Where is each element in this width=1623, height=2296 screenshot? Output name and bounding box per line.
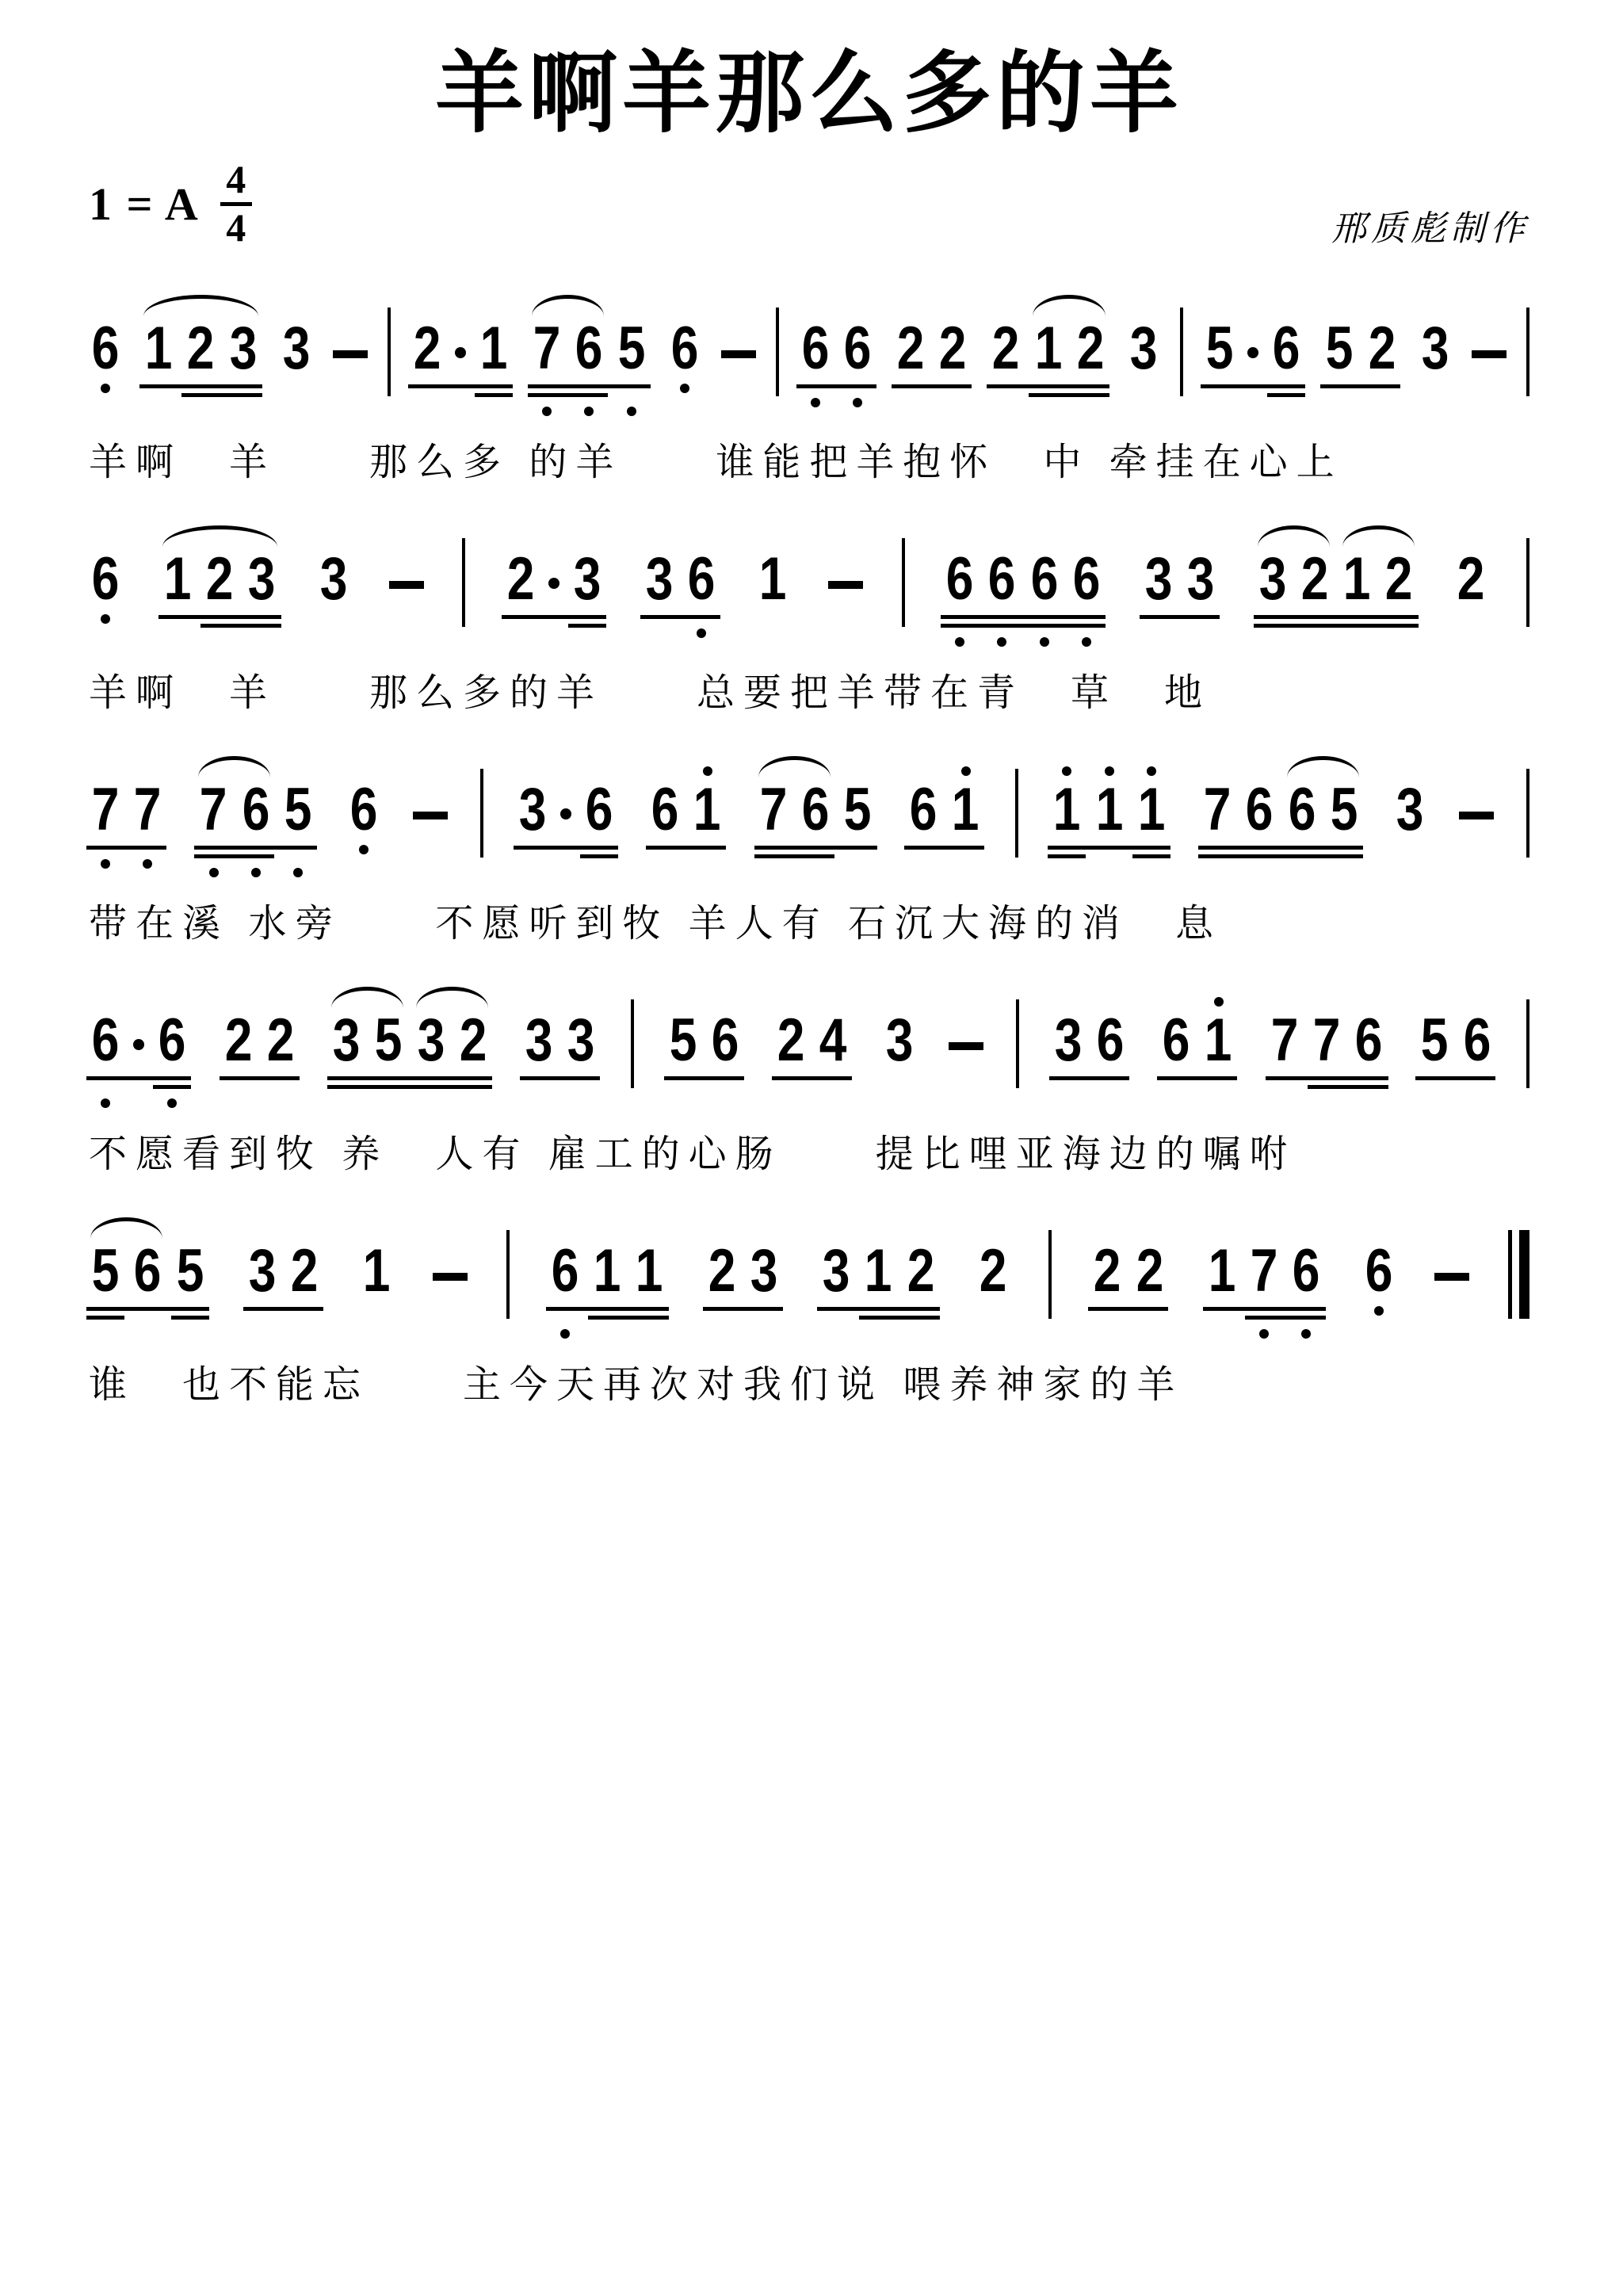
beam-line [1157, 1076, 1237, 1080]
note: 1 [1032, 319, 1065, 379]
beam-line [703, 1307, 783, 1311]
note: 6 [155, 1010, 189, 1071]
note-group: 52 [1323, 319, 1399, 379]
octave-dot-low [560, 1329, 570, 1339]
note-group: 123 [142, 319, 260, 379]
note-digit: 6 [575, 319, 603, 379]
note-digit: 7 [1204, 780, 1232, 840]
note: 2 [203, 549, 236, 609]
note-digit: 2 [187, 319, 215, 379]
note-digit: 1 [1138, 780, 1166, 840]
note-group: 33 [522, 1010, 598, 1071]
beam-line [158, 615, 281, 619]
octave-dot-low [1301, 1329, 1311, 1339]
beam-line [153, 1085, 191, 1089]
note: 1 [1340, 549, 1373, 609]
note: 1 [1050, 780, 1083, 840]
note: 5 [841, 780, 874, 840]
note: 1 [1135, 780, 1168, 840]
note-group: 111 [1050, 780, 1168, 840]
barline [506, 1230, 510, 1319]
note-digit: 7 [533, 319, 561, 379]
note: 1 [142, 319, 175, 379]
beam-line [408, 384, 513, 388]
note-group: 66 [89, 1010, 189, 1071]
key-label: 1 = A [89, 178, 200, 231]
half-note-dash [949, 1010, 983, 1071]
note-group: 22 [1090, 1241, 1167, 1301]
note-digit: 2 [1136, 1241, 1163, 1301]
note: 3 [317, 549, 350, 609]
augmentation-dot [455, 347, 466, 358]
note-digit: 5 [844, 780, 872, 840]
beam-line [546, 1307, 669, 1311]
beam-line [1308, 1085, 1388, 1089]
note: 5 [281, 780, 315, 840]
barline [1526, 538, 1529, 627]
notation-row: 565321611233122221766 [89, 1219, 1529, 1301]
beam-line [1415, 1076, 1495, 1080]
note-digit: 6 [1365, 1241, 1392, 1301]
note-digit: 6 [651, 780, 679, 840]
beam-line [1254, 615, 1419, 619]
beam-line [200, 624, 281, 628]
note-digit: 2 [413, 319, 441, 379]
note: 3 [643, 549, 676, 609]
note: 6 [1461, 1010, 1494, 1071]
note-digit: 6 [1097, 1010, 1125, 1071]
note: 6 [685, 549, 718, 609]
note: 7 [530, 319, 563, 379]
note: 6 [572, 319, 605, 379]
note: 3 [522, 1010, 556, 1071]
octave-dot-low [101, 384, 110, 393]
note: 5 [615, 319, 648, 379]
note-digit: 2 [1457, 549, 1485, 609]
note: 1 [1201, 1010, 1235, 1071]
note-digit: 1 [952, 780, 980, 840]
beam-line [528, 384, 651, 388]
note-digit: 3 [1130, 319, 1158, 379]
note-group: 776 [1268, 1010, 1386, 1071]
note: 5 [372, 1010, 405, 1071]
beam-line [194, 846, 317, 850]
octave-dot-low [997, 637, 1006, 647]
slur-arc [532, 295, 604, 316]
note-digit: 6 [551, 1241, 579, 1301]
note: 6 [799, 780, 832, 840]
note-digit: 2 [206, 549, 234, 609]
half-note-dash [433, 1241, 468, 1301]
note: 6 [89, 549, 122, 609]
note-digit: 5 [1326, 319, 1354, 379]
beam-line [1048, 846, 1170, 850]
note-digit: 6 [1273, 319, 1300, 379]
note: 1 [756, 549, 789, 609]
note: 1 [632, 1241, 666, 1301]
augmentation-dot [1247, 347, 1258, 358]
note-digit: 5 [669, 1010, 697, 1071]
note-digit: 3 [885, 1010, 913, 1071]
note-digit: 1 [1343, 549, 1371, 609]
barline [388, 308, 391, 396]
note-digit: 1 [636, 1241, 663, 1301]
note-digit: 6 [586, 780, 613, 840]
octave-dot-low [1374, 1306, 1384, 1316]
note-digit: 1 [480, 319, 508, 379]
note: 3 [1184, 549, 1217, 609]
beam-line [664, 1076, 744, 1080]
note: 5 [1323, 319, 1356, 379]
note-digit: 2 [939, 319, 967, 379]
dash-line [1434, 1273, 1469, 1281]
note-digit: 6 [1246, 780, 1274, 840]
note: 2 [1298, 549, 1331, 609]
note: 6 [582, 780, 616, 840]
note-group: 24 [774, 1010, 850, 1071]
note-digit: 7 [92, 780, 120, 840]
slur-arc [1287, 756, 1359, 777]
note-digit: 6 [844, 319, 872, 379]
lyrics-line: 带在溪 水旁 不愿听到牧 羊人有 石沉大海的消 息 [89, 892, 1529, 947]
note: 6 [943, 549, 976, 609]
note-group: 23 [705, 1241, 781, 1301]
octave-dot-low [143, 859, 152, 869]
final-barline-thick [1519, 1230, 1529, 1319]
note: 1 [590, 1241, 624, 1301]
note-digit: 3 [750, 1241, 778, 1301]
dash-line [389, 581, 424, 589]
note-digit: 4 [819, 1010, 847, 1071]
beam-line [754, 846, 877, 850]
note-digit: 6 [92, 1010, 120, 1071]
note-digit: 1 [865, 1241, 892, 1301]
final-barline-thin [1508, 1230, 1512, 1319]
note-digit: 7 [1251, 1241, 1278, 1301]
beam-line [772, 1076, 852, 1080]
music-systems-container: 612332176566622212356523羊啊 羊 那么多 的羊 谁能把羊… [89, 296, 1529, 1408]
note: 3 [571, 549, 604, 609]
note-digit: 2 [1301, 549, 1329, 609]
note: 7 [131, 780, 164, 840]
note-digit: 3 [248, 549, 276, 609]
barline [480, 769, 483, 858]
note: 3 [883, 1010, 916, 1071]
beam-line [243, 1307, 323, 1311]
note-group: 176 [1205, 1241, 1323, 1301]
song-title: 羊啊羊那么多的羊 [89, 41, 1529, 147]
note-digit: 6 [910, 780, 938, 840]
octave-dot-high [1214, 997, 1224, 1007]
note-digit: 1 [1095, 780, 1123, 840]
note: 1 [161, 549, 194, 609]
note-digit: 2 [708, 1241, 735, 1301]
beam-line [194, 854, 274, 858]
augmentation-dot [133, 1039, 144, 1050]
note-digit: 6 [134, 1241, 162, 1301]
octave-dot-low [209, 868, 219, 877]
beam-line [1203, 1307, 1326, 1311]
note-digit: 6 [92, 319, 120, 379]
dash-line [413, 812, 448, 819]
note-group: 565 [89, 1241, 207, 1301]
barline [1526, 308, 1529, 396]
music-system: 662235323356243366177656不愿看到牧 养 人有 雇工的心肠… [89, 988, 1529, 1178]
note: 6 [1285, 780, 1319, 840]
beam-line [86, 1316, 124, 1320]
half-note-dash [1472, 319, 1507, 379]
note: 1 [1205, 1241, 1239, 1301]
augmentation-dot [548, 578, 559, 589]
note: 3 [245, 549, 278, 609]
note-digit: 3 [1187, 549, 1215, 609]
note: 3 [227, 319, 260, 379]
note: 7 [1201, 780, 1234, 840]
octave-dot-low [853, 398, 862, 407]
sheet-music-page: 羊啊羊那么多的羊 1 = A 4 4 邢质彪制作 612332176566622… [0, 0, 1623, 2296]
beam-line [892, 384, 972, 388]
half-note-dash [721, 319, 756, 379]
author-credit: 邢质彪制作 [1331, 200, 1529, 250]
slur-arc [1033, 295, 1106, 316]
note: 1 [477, 319, 510, 379]
note-group: 23 [504, 549, 605, 609]
note-digit: 3 [417, 1010, 445, 1071]
octave-dot-low [101, 859, 110, 869]
note: 6 [89, 1010, 122, 1071]
barline [1016, 999, 1019, 1088]
note: 2 [989, 319, 1022, 379]
barline [902, 538, 905, 627]
note: 3 [819, 1241, 853, 1301]
note: 6 [668, 319, 701, 379]
octave-dot-low [627, 407, 636, 416]
note-digit: 3 [519, 780, 547, 840]
slur-arc [416, 987, 488, 1008]
dotted-note-dot [453, 319, 468, 379]
note-digit: 2 [267, 1010, 295, 1071]
note-digit: 2 [777, 1010, 805, 1071]
note: 2 [1365, 319, 1399, 379]
beam-line [528, 393, 608, 397]
note-digit: 2 [291, 1241, 319, 1301]
note-digit: 5 [1331, 780, 1358, 840]
barline [462, 538, 465, 627]
octave-dot-high [1147, 766, 1156, 776]
note-digit: 6 [802, 780, 830, 840]
beam-line [1132, 854, 1170, 858]
beam-line [1088, 1307, 1168, 1311]
music-system: 612332176566622212356523羊啊 羊 那么多 的羊 谁能把羊… [89, 296, 1529, 486]
note-group: 3532 [330, 1010, 490, 1071]
note: 3 [246, 1241, 279, 1301]
octave-dot-low [697, 628, 706, 638]
note-digit: 6 [1073, 549, 1101, 609]
header-meta-row: 1 = A 4 4 邢质彪制作 [89, 152, 1529, 255]
slur-arc [143, 295, 258, 316]
note-digit: 3 [525, 1010, 553, 1071]
note-digit: 1 [594, 1241, 621, 1301]
beam-line [181, 393, 262, 397]
lyrics-line: 不愿看到牧 养 人有 雇工的心肠 提比哩亚海边的嘱咐 [89, 1123, 1529, 1178]
note-digit: 6 [92, 549, 120, 609]
note: 7 [1247, 1241, 1281, 1301]
note: 2 [1133, 1241, 1167, 1301]
dash-line [828, 581, 863, 589]
beam-line [754, 854, 834, 858]
note-digit: 5 [1206, 319, 1234, 379]
notation-row: 612332176566622212356523 [89, 296, 1529, 379]
slur-arc [162, 525, 277, 547]
beam-line [502, 615, 606, 619]
note-digit: 6 [688, 549, 716, 609]
note-digit: 3 [1258, 549, 1286, 609]
note: 6 [648, 780, 682, 840]
beam-line [646, 846, 726, 850]
notation-row: 612332336166663332122 [89, 527, 1529, 609]
beam-line [1201, 384, 1305, 388]
note: 3 [1419, 319, 1452, 379]
note: 1 [861, 1241, 895, 1301]
note-digit: 1 [1209, 1241, 1236, 1301]
note: 3 [516, 780, 549, 840]
beam-line [1140, 615, 1220, 619]
note-digit: 3 [574, 549, 601, 609]
note: 6 [347, 780, 380, 840]
note: 6 [985, 549, 1018, 609]
note: 6 [1243, 780, 1276, 840]
dash-line [949, 1042, 983, 1050]
note-digit: 6 [1030, 549, 1058, 609]
note-group: 77 [89, 780, 165, 840]
beam-line [941, 624, 1106, 628]
lyrics-line: 谁 也不能忘 主今天再次对我们说 喂养神家的羊 [89, 1354, 1529, 1408]
note-group: 312 [819, 1241, 938, 1301]
octave-dot-low [359, 845, 369, 854]
note: 6 [1028, 549, 1061, 609]
beam-line [568, 624, 606, 628]
note-digit: 7 [1270, 1010, 1298, 1071]
note-group: 36 [1052, 1010, 1128, 1071]
dotted-note-dot [131, 1010, 147, 1071]
note-digit: 6 [350, 780, 378, 840]
note: 6 [907, 780, 940, 840]
octave-dot-low [811, 398, 820, 407]
note-group: 765 [530, 319, 648, 379]
note: 2 [411, 319, 444, 379]
beam-line [1029, 393, 1109, 397]
beam-line [1267, 393, 1305, 397]
note-digit: 6 [158, 1010, 186, 1071]
note-digit: 7 [759, 780, 787, 840]
note: 5 [1418, 1010, 1451, 1071]
note-digit: 3 [567, 1010, 595, 1071]
note-group: 36 [643, 549, 719, 609]
dotted-note-dot [558, 780, 574, 840]
note-digit: 2 [897, 319, 925, 379]
note-digit: 5 [1421, 1010, 1449, 1071]
barline [1526, 999, 1529, 1088]
barline [776, 308, 779, 396]
octave-dot-low [584, 407, 594, 416]
note-group: 765 [757, 780, 875, 840]
notation-row: 77765636617656111176653 [89, 758, 1529, 840]
beam-line [327, 1076, 492, 1080]
slur-arc [331, 987, 403, 1008]
note-digit: 6 [988, 549, 1016, 609]
note-group: 7665 [1201, 780, 1361, 840]
beam-line [1048, 854, 1086, 858]
half-note-dash [828, 549, 863, 609]
note-group: 66 [799, 319, 875, 379]
octave-dot-high [1062, 766, 1071, 776]
note-digit: 3 [1422, 319, 1449, 379]
key-signature: 1 = A 4 4 [89, 161, 252, 246]
note: 3 [747, 1241, 781, 1301]
note: 6 [1094, 1010, 1127, 1071]
note: 5 [1327, 780, 1361, 840]
octave-dot-low [1040, 637, 1049, 647]
note: 5 [89, 1241, 122, 1301]
note: 3 [330, 1010, 363, 1071]
note: 6 [708, 1010, 742, 1071]
note: 3 [1052, 1010, 1085, 1071]
note-digit: 7 [200, 780, 227, 840]
beam-line [1198, 846, 1363, 850]
note: 6 [799, 319, 832, 379]
note-digit: 3 [320, 549, 348, 609]
note: 2 [222, 1010, 255, 1071]
note-digit: 5 [617, 319, 645, 379]
music-system: 612332336166663332122羊啊 羊 那么多的羊 总要把羊带在青 … [89, 527, 1529, 716]
note-digit: 1 [164, 549, 192, 609]
dash-line [1472, 350, 1507, 358]
note-digit: 1 [145, 319, 173, 379]
note-digit: 2 [506, 549, 534, 609]
note-digit: 2 [907, 1241, 934, 1301]
beam-line [514, 846, 618, 850]
dash-line [1459, 812, 1494, 819]
half-note-dash [1434, 1241, 1469, 1301]
note-digit: 5 [92, 1241, 120, 1301]
note: 2 [456, 1010, 490, 1071]
note-group: 123 [161, 549, 279, 609]
lyrics-line: 羊啊 羊 那么多 的羊 谁能把羊抱怀 中 牵挂在心上 [89, 431, 1529, 486]
note-digit: 6 [1463, 1010, 1491, 1071]
note: 6 [1362, 1241, 1396, 1301]
note-digit: 3 [1144, 549, 1172, 609]
beam-line [1266, 1076, 1388, 1080]
time-signature-denominator: 4 [226, 209, 246, 247]
note-digit: 1 [363, 1241, 391, 1301]
slur-arc [198, 756, 270, 777]
note-group: 6666 [943, 549, 1103, 609]
note: 3 [1256, 549, 1289, 609]
note: 2 [264, 1010, 297, 1071]
note-digit: 1 [1053, 780, 1081, 840]
time-signature: 4 4 [220, 161, 252, 246]
dash-line [433, 1273, 468, 1281]
note-digit: 6 [671, 319, 699, 379]
note: 6 [1270, 319, 1303, 379]
note: 2 [184, 319, 217, 379]
octave-dot-low [680, 384, 689, 393]
note: 6 [131, 1241, 164, 1301]
octave-dot-high [961, 766, 971, 776]
beam-line [1320, 384, 1400, 388]
notation-row: 662235323356243366177656 [89, 988, 1529, 1071]
note-group: 56 [1418, 1010, 1494, 1071]
